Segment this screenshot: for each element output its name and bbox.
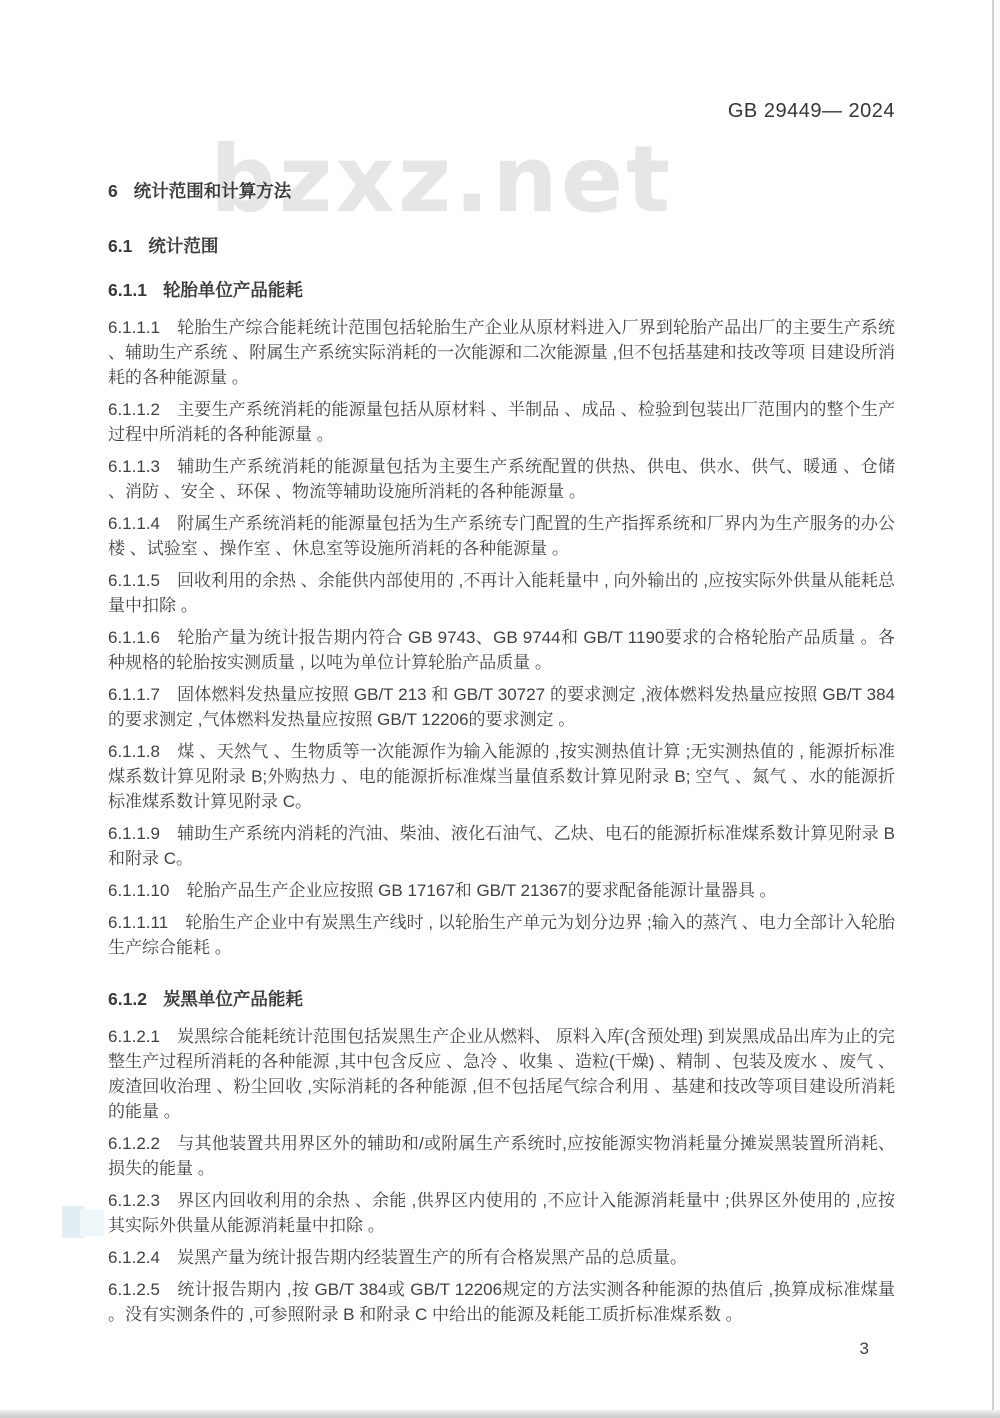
clause-text: 轮胎生产综合能耗统计范围包括轮胎生产企业从原材料进入厂界到轮胎产品出厂的主要生产… bbox=[108, 318, 895, 387]
clause-number: 6.1.1.2 bbox=[108, 400, 160, 419]
clause-number: 6.1.1.8 bbox=[108, 742, 160, 761]
section-heading-6-1-1: 6.1.1轮胎单位产品能耗 bbox=[108, 278, 895, 303]
clause-6-1-1-8: 6.1.1.8煤 、天然气 、生物质等一次能源作为输入能源的 ,按实测热值计算 … bbox=[108, 739, 895, 814]
clause-6-1-1-3: 6.1.1.3辅助生产系统消耗的能源量包括为主要生产系统配置的供热、供电、供水、… bbox=[108, 454, 895, 504]
clause-number: 6.1.2.3 bbox=[108, 1191, 160, 1210]
clause-6-1-1-5: 6.1.1.5回收利用的余热 、余能供内部使用的 ,不再计入能耗量中 , 向外输… bbox=[108, 568, 895, 618]
section-number: 6.1.1 bbox=[108, 278, 147, 303]
clause-number: 6.1.1.6 bbox=[108, 628, 160, 647]
clause-number: 6.1.1.10 bbox=[108, 881, 169, 900]
page-number: 3 bbox=[108, 1339, 895, 1359]
standard-code-header: GB 29449— 2024 bbox=[108, 0, 895, 124]
section-heading-6: 6统计范围和计算方法 bbox=[108, 179, 895, 204]
clause-6-1-2-3: 6.1.2.3界区内回收利用的余热 、余能 ,供界区内使用的 ,不应计入能源消耗… bbox=[108, 1188, 895, 1238]
clause-text: 主要生产系统消耗的能源量包括从原材料 、半制品 、成品 、检验到包装出厂范围内的… bbox=[108, 400, 895, 444]
clause-number: 6.1.2.1 bbox=[108, 1027, 160, 1046]
clause-text: 附属生产系统消耗的能源量包括为生产系统专门配置的生产指挥系统和厂界内为生产服务的… bbox=[108, 514, 895, 558]
section-number: 6.1 bbox=[108, 234, 132, 259]
clause-6-1-2-1: 6.1.2.1炭黑综合能耗统计范围包括炭黑生产企业从燃料、 原料入库(含预处理)… bbox=[108, 1024, 895, 1124]
clause-text: 固体燃料发热量应按照 GB/T 213 和 GB/T 30727 的要求测定 ,… bbox=[108, 685, 895, 729]
clause-number: 6.1.2.2 bbox=[108, 1134, 160, 1153]
clause-text: 与其他装置共用界区外的辅助和/或附属生产系统时,应按能源实物消耗量分摊炭黑装置所… bbox=[108, 1134, 895, 1178]
clause-6-1-1-9: 6.1.1.9辅助生产系统内消耗的汽油、柴油、液化石油气、乙炔、电石的能源折标准… bbox=[108, 821, 895, 871]
clause-text: 炭黑综合能耗统计范围包括炭黑生产企业从燃料、 原料入库(含预处理) 到炭黑成品出… bbox=[108, 1027, 895, 1121]
clause-number: 6.1.2.5 bbox=[108, 1280, 160, 1299]
section-heading-6-1-2: 6.1.2炭黑单位产品能耗 bbox=[108, 987, 895, 1012]
document-page: GB 29449— 2024 6统计范围和计算方法 6.1统计范围 6.1.1轮… bbox=[0, 0, 1000, 1359]
section-title: 统计范围 bbox=[148, 236, 218, 256]
clause-text: 炭黑产量为统计报告期内经装置生产的所有合格炭黑产品的总质量。 bbox=[177, 1248, 687, 1267]
clause-6-1-1-4: 6.1.1.4附属生产系统消耗的能源量包括为生产系统专门配置的生产指挥系统和厂界… bbox=[108, 511, 895, 561]
section-number: 6.1.2 bbox=[108, 987, 147, 1012]
clause-number: 6.1.2.4 bbox=[108, 1248, 160, 1267]
clause-text: 轮胎产量为统计报告期内符合 GB 9743、GB 9744和 GB/T 1190… bbox=[108, 628, 895, 672]
clause-6-1-1-6: 6.1.1.6轮胎产量为统计报告期内符合 GB 9743、GB 9744和 GB… bbox=[108, 625, 895, 675]
clause-6-1-2-2: 6.1.2.2与其他装置共用界区外的辅助和/或附属生产系统时,应按能源实物消耗量… bbox=[108, 1131, 895, 1181]
clause-text: 轮胎生产企业中有炭黑生产线时 , 以轮胎生产单元为划分边界 ;输入的蒸汽 、电力… bbox=[108, 913, 895, 957]
clause-6-1-1-11: 6.1.1.11轮胎生产企业中有炭黑生产线时 , 以轮胎生产单元为划分边界 ;输… bbox=[108, 910, 895, 960]
section-title: 炭黑单位产品能耗 bbox=[163, 989, 303, 1009]
section-heading-6-1: 6.1统计范围 bbox=[108, 234, 895, 259]
clause-text: 界区内回收利用的余热 、余能 ,供界区内使用的 ,不应计入能源消耗量中 ;供界区… bbox=[108, 1191, 895, 1235]
clause-text: 辅助生产系统内消耗的汽油、柴油、液化石油气、乙炔、电石的能源折标准煤系数计算见附… bbox=[108, 824, 895, 868]
clause-text: 辅助生产系统消耗的能源量包括为主要生产系统配置的供热、供电、供水、供气、暖通 、… bbox=[108, 457, 895, 501]
scan-edge-right-line bbox=[992, 0, 994, 1418]
clause-text: 轮胎产品生产企业应按照 GB 17167和 GB/T 21367的要求配备能源计… bbox=[186, 881, 776, 900]
clause-6-1-2-4: 6.1.2.4炭黑产量为统计报告期内经装置生产的所有合格炭黑产品的总质量。 bbox=[108, 1245, 895, 1270]
clause-text: 统计报告期内 ,按 GB/T 384或 GB/T 12206规定的方法实测各种能… bbox=[108, 1280, 895, 1324]
clause-number: 6.1.1.11 bbox=[108, 913, 168, 932]
section-number: 6 bbox=[108, 179, 118, 204]
section-title: 统计范围和计算方法 bbox=[134, 181, 292, 201]
clause-text: 煤 、天然气 、生物质等一次能源作为输入能源的 ,按实测热值计算 ;无实测热值的… bbox=[108, 742, 895, 811]
clause-number: 6.1.1.7 bbox=[108, 685, 160, 704]
clause-6-1-1-2: 6.1.1.2主要生产系统消耗的能源量包括从原材料 、半制品 、成品 、检验到包… bbox=[108, 397, 895, 447]
clause-number: 6.1.1.9 bbox=[108, 824, 160, 843]
clause-number: 6.1.1.4 bbox=[108, 514, 160, 533]
clause-6-1-1-7: 6.1.1.7固体燃料发热量应按照 GB/T 213 和 GB/T 30727 … bbox=[108, 682, 895, 732]
clause-number: 6.1.1.3 bbox=[108, 457, 160, 476]
scan-edge-bottom-strip bbox=[0, 1410, 1000, 1418]
section-title: 轮胎单位产品能耗 bbox=[163, 280, 303, 300]
clause-number: 6.1.1.5 bbox=[108, 571, 160, 590]
clause-text: 回收利用的余热 、余能供内部使用的 ,不再计入能耗量中 , 向外输出的 ,应按实… bbox=[108, 571, 895, 615]
clause-6-1-1-10: 6.1.1.10轮胎产品生产企业应按照 GB 17167和 GB/T 21367… bbox=[108, 878, 895, 903]
scan-edge-right-strip bbox=[994, 0, 1000, 1418]
clause-6-1-2-5: 6.1.2.5统计报告期内 ,按 GB/T 384或 GB/T 12206规定的… bbox=[108, 1277, 895, 1327]
clause-number: 6.1.1.1 bbox=[108, 318, 160, 337]
clause-6-1-1-1: 6.1.1.1轮胎生产综合能耗统计范围包括轮胎生产企业从原材料进入厂界到轮胎产品… bbox=[108, 315, 895, 390]
